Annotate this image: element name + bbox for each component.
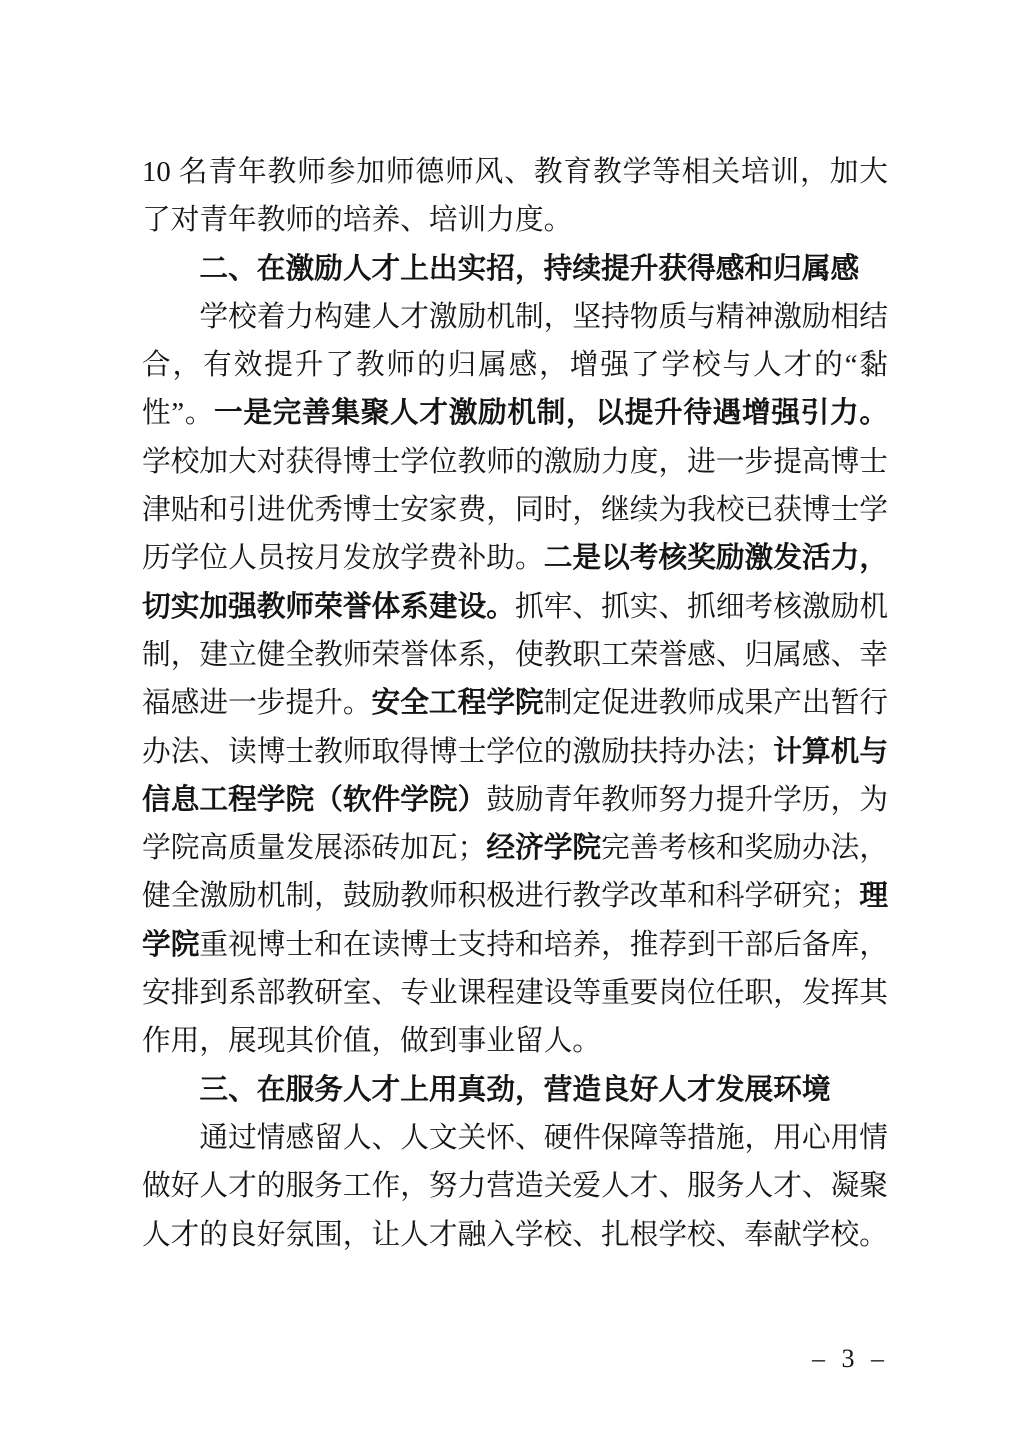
text-run: 10 名青年教师参加师德师风、教育教学等相关培训，加大了对青年教师的培养、培训力…	[142, 156, 888, 236]
paragraph-incentives: 学校着力构建人才激励机制，坚持物质与精神激励相结合，有效提升了教师的归属感，增强…	[142, 293, 888, 1066]
text-run-bold: 安全工程学院	[372, 687, 544, 719]
text-run: 重视博士和在读博士支持和培养，推荐到干部后备库，安排到系部教研室、专业课程建设等…	[142, 929, 888, 1058]
heading-text: 三、在服务人才上用真劲，营造良好人才发展环境	[199, 1074, 830, 1106]
text-run-bold: 经济学院	[486, 832, 601, 864]
page-number: – 3 –	[812, 1344, 889, 1374]
paragraph-service: 通过情感留人、人文关怀、硬件保障等措施，用心用情做好人才的服务工作，努力营造关爱…	[142, 1114, 888, 1259]
document-page: 10 名青年教师参加师德师风、教育教学等相关培训，加大了对青年教师的培养、培训力…	[0, 0, 1024, 1447]
section-heading-2: 二、在激励人才上出实招，持续提升获得感和归属感	[142, 245, 888, 293]
document-body: 10 名青年教师参加师德师风、教育教学等相关培训，加大了对青年教师的培养、培训力…	[142, 148, 888, 1259]
paragraph-continuation: 10 名青年教师参加师德师风、教育教学等相关培训，加大了对青年教师的培养、培训力…	[142, 148, 888, 245]
text-run-bold: 一是完善集聚人才激励机制，以提升待遇增强引力。	[214, 397, 888, 429]
section-heading-3: 三、在服务人才上用真劲，营造良好人才发展环境	[142, 1066, 888, 1114]
heading-text: 二、在激励人才上出实招，持续提升获得感和归属感	[199, 253, 859, 285]
text-run: 通过情感留人、人文关怀、硬件保障等措施，用心用情做好人才的服务工作，努力营造关爱…	[142, 1122, 888, 1251]
